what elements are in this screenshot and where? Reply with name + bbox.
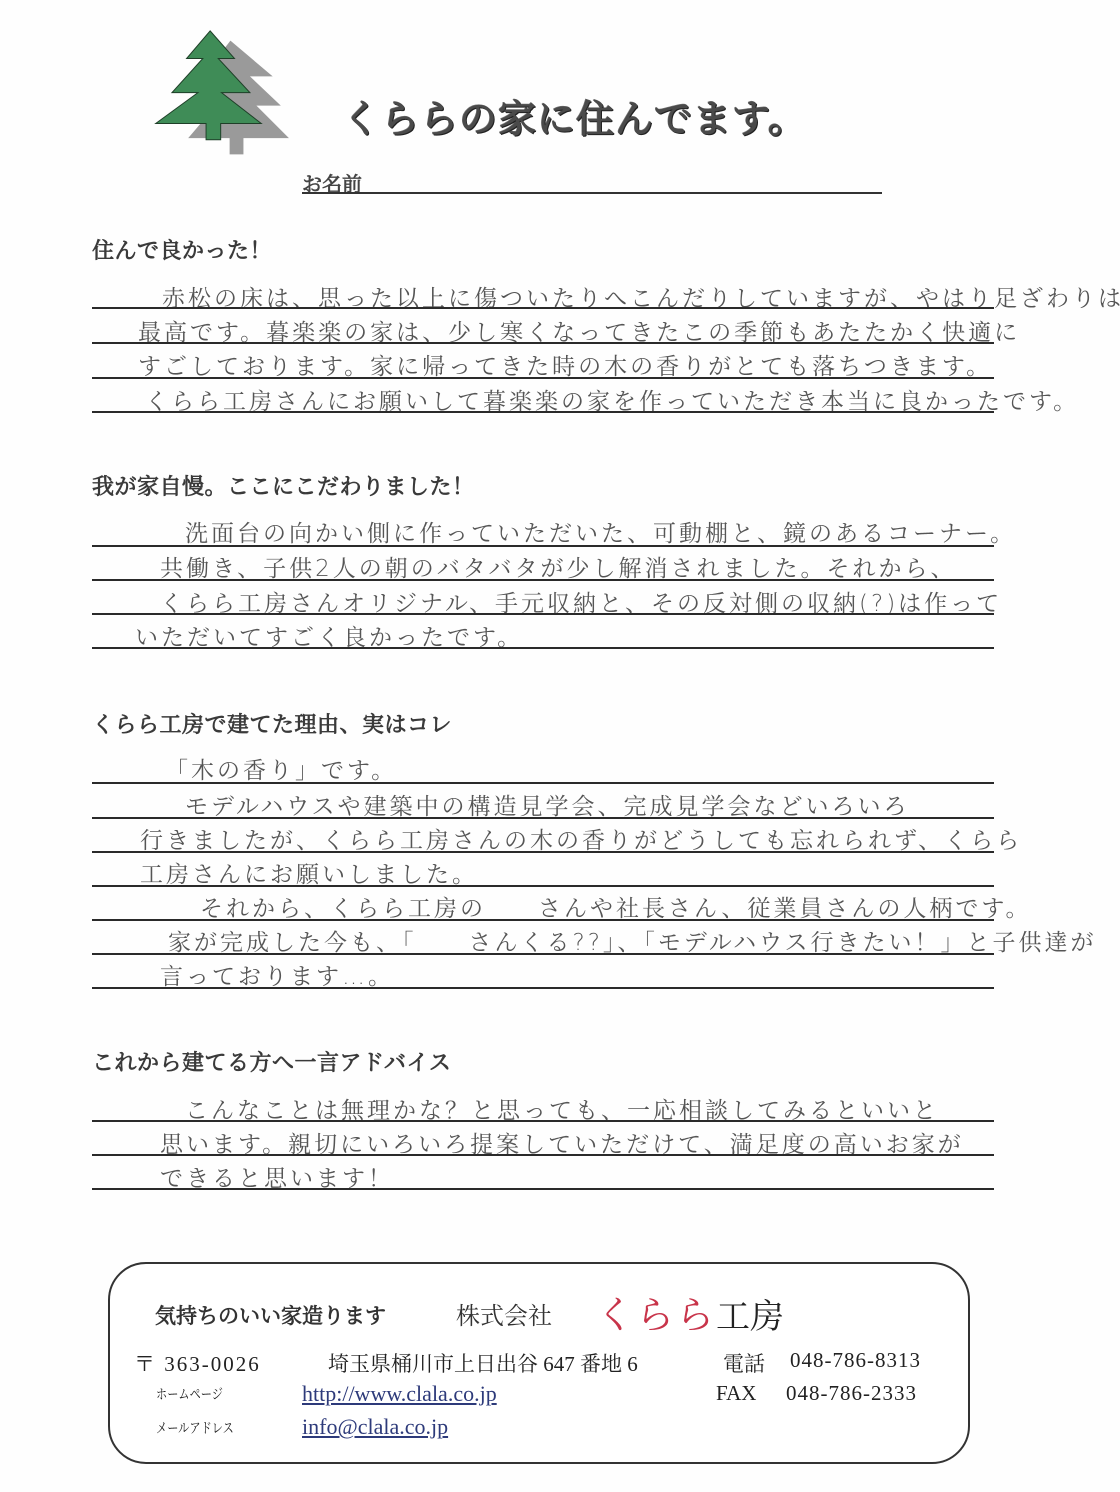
handwritten-line: 洗面台の向かい側に作っていただいた、可動棚と、鏡のあるコーナー。 [185, 515, 1016, 548]
company-type: 株式会社 [456, 1296, 552, 1331]
email-link[interactable]: info@clala.co.jp [302, 1414, 448, 1440]
ruled-line [92, 342, 994, 344]
section-heading-good-points: 住んで良かった！ [92, 234, 272, 265]
section-heading-advice: これから建てる方へ一言アドバイス [92, 1046, 451, 1077]
handwritten-line: 「木の香り」です。 [165, 752, 397, 785]
ruled-line [92, 411, 994, 413]
company-logo: くらら工房 [596, 1284, 784, 1339]
postal-code: 〒 363-0026 [134, 1348, 261, 1378]
ruled-line [92, 987, 994, 989]
tree-icon [140, 26, 290, 156]
company-slogan: 気持ちのいい家造ります [155, 1300, 386, 1330]
ruled-line [92, 377, 994, 379]
ruled-line [92, 1188, 994, 1190]
ruled-line [92, 1154, 994, 1156]
ruled-line [92, 885, 994, 887]
tel-label: 電話 [723, 1348, 765, 1378]
ruled-line [92, 545, 994, 547]
brand-name-red: くらら [596, 1293, 716, 1337]
page-title: くららの家に住んでます。 [342, 88, 807, 143]
ruled-line [92, 953, 994, 955]
email-label: メールアドレス [156, 1418, 234, 1438]
fax-label: FAX [716, 1381, 756, 1406]
ruled-line [92, 613, 994, 615]
address: 埼玉県桶川市上日出谷 647 番地 6 [328, 1348, 638, 1378]
ruled-line [92, 647, 994, 649]
section-heading-pride: 我が家自慢。ここにこだわりました！ [92, 470, 475, 501]
ruled-line [92, 307, 994, 309]
section-heading-reason: くらら工房で建てた理由、実はコレ [92, 708, 452, 739]
name-field-underline [302, 192, 882, 194]
tel-number: 048-786-8313 [790, 1348, 921, 1373]
ruled-line [92, 579, 994, 581]
ruled-line [92, 817, 994, 819]
homepage-link[interactable]: http://www.clala.co.jp [302, 1381, 497, 1407]
fax-number: 048-786-2333 [786, 1381, 917, 1406]
ruled-line [92, 1120, 994, 1122]
ruled-line [92, 851, 994, 853]
brand-name-black: 工房 [716, 1297, 784, 1337]
ruled-line [92, 919, 994, 921]
homepage-label: ホームページ [156, 1384, 223, 1404]
ruled-line [92, 782, 994, 784]
